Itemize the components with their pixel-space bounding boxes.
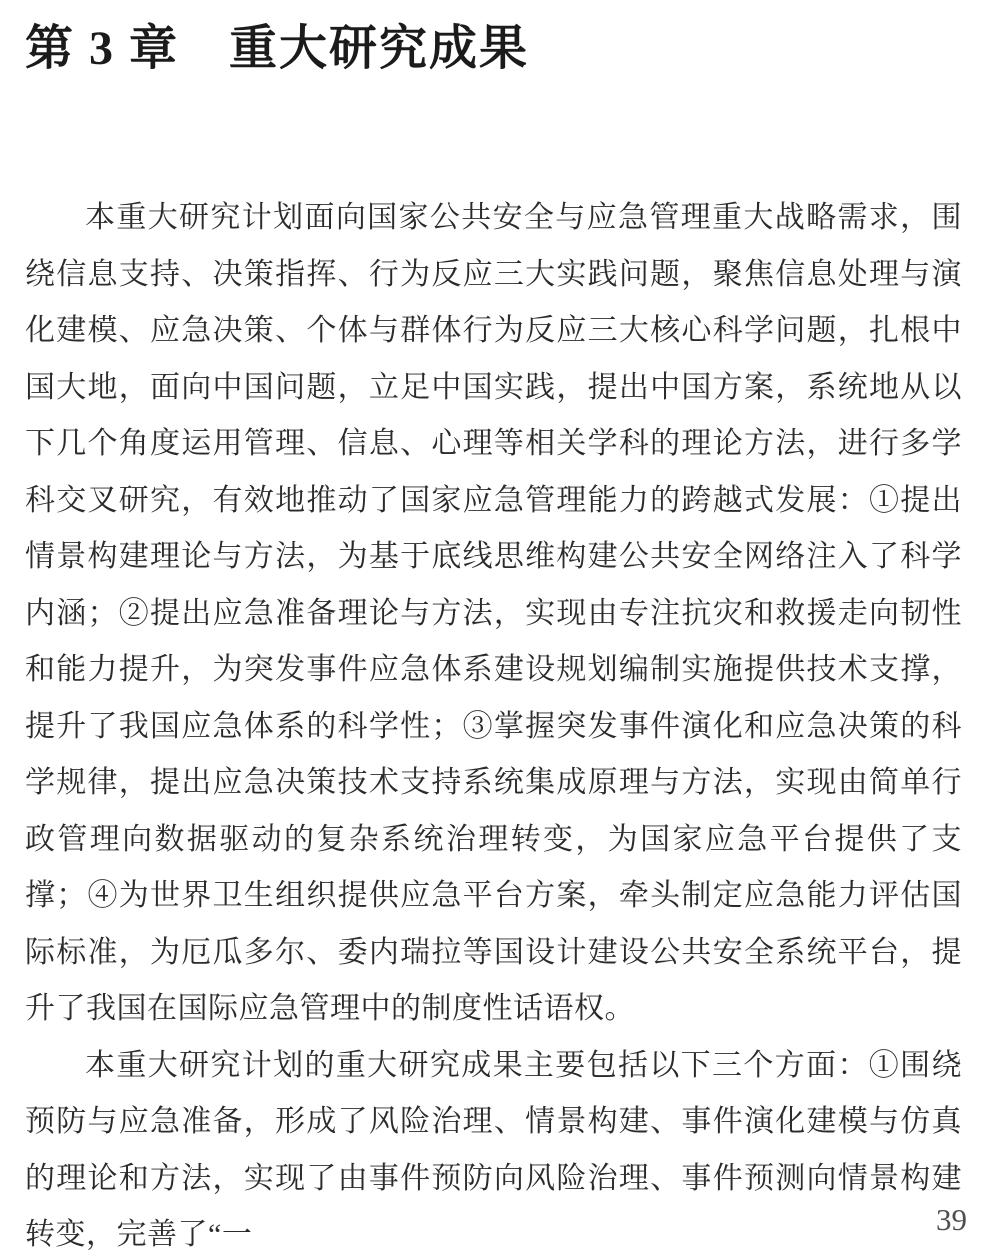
page-number: 39 (936, 1202, 967, 1238)
paragraph-1: 本重大研究计划面向国家公共安全与应急管理重大战略需求，围绕信息支持、决策指挥、行… (25, 190, 962, 1038)
paragraph-2: 本重大研究计划的重大研究成果主要包括以下三个方面：①围绕预防与应急准备，形成了风… (25, 1038, 962, 1257)
document-page: 第 3 章 重大研究成果 本重大研究计划面向国家公共安全与应急管理重大战略需求，… (0, 0, 989, 1257)
chapter-title: 第 3 章 重大研究成果 (25, 18, 529, 80)
body-text: 本重大研究计划面向国家公共安全与应急管理重大战略需求，围绕信息支持、决策指挥、行… (25, 190, 962, 1257)
